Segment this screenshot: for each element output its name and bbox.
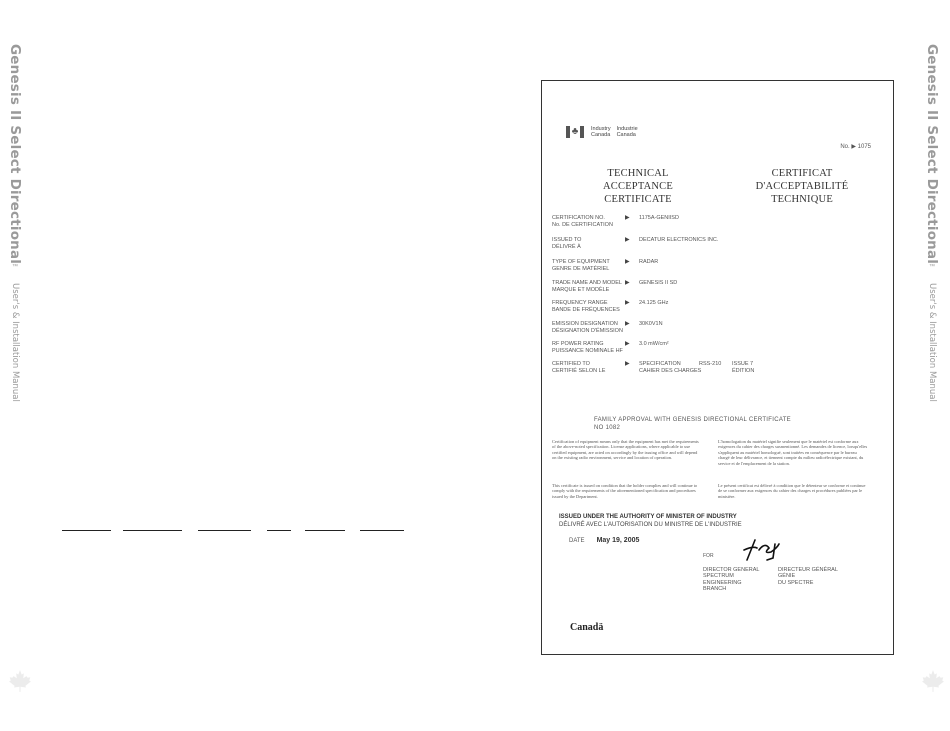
manual-subtitle: User's & Installation Manual (927, 283, 937, 402)
signer-title-fr: DIRECTEUR GÉNÉRALGÉNIEDU SPECTRE (778, 567, 838, 586)
issue-date: DATEMay 19, 2005 (569, 537, 639, 544)
technical-acceptance-certificate: ♣ IndustryCanada IndustrieCanada No. ▶ 1… (541, 80, 894, 655)
issued-authority: ISSUED UNDER THE AUTHORITY OF MINISTER O… (559, 513, 742, 529)
trademark: ™ (929, 264, 935, 270)
family-approval: FAMILY APPROVAL WITH GENESIS DIRECTIONAL… (594, 416, 791, 432)
trademark: ™ (12, 264, 18, 270)
manual-title-right: Genesis II Select Directional™ User's & … (923, 44, 941, 401)
title-en: TECHNICAL ACCEPTANCECERTIFICATE (578, 167, 698, 206)
conditions-en-2: This certificate is issued on condition … (552, 483, 702, 499)
form-blank (305, 530, 345, 531)
canada-wordmark: Canadä (570, 622, 603, 633)
title-fr: CERTIFICAT D'ACCEPTABILITÉTECHNIQUE (727, 167, 877, 206)
industry-canada-logo: ♣ IndustryCanada IndustrieCanada (566, 126, 638, 138)
form-blank (62, 530, 111, 531)
signature (741, 536, 785, 562)
form-blank (360, 530, 404, 531)
form-blank (267, 530, 291, 531)
signer-title-en: DIRECTOR GENERALSPECTRUMENGINEERINGBRANC… (703, 567, 759, 592)
conditions-fr-1: L'homologation du matériel signifie seul… (718, 439, 868, 466)
conditions-en-1: Certification of equipment means only th… (552, 439, 702, 461)
manual-title-left: Genesis II Select Directional™ User's & … (6, 44, 24, 401)
certificate-number: No. ▶ 1075 (840, 143, 871, 150)
conditions-fr-2: Le présent certificat est délivré à cond… (718, 483, 868, 499)
maple-leaf-icon (920, 668, 946, 694)
form-blank (198, 530, 251, 531)
canada-flag-icon: ♣ (566, 126, 584, 138)
for-label: FOR (703, 553, 714, 559)
logo-fr: IndustrieCanada (617, 126, 638, 138)
logo-en: IndustryCanada (591, 126, 611, 138)
form-blank (123, 530, 182, 531)
manual-title: Genesis II Select Directional (924, 44, 940, 264)
maple-leaf-icon (7, 668, 33, 694)
manual-subtitle: User's & Installation Manual (10, 283, 20, 402)
manual-title: Genesis II Select Directional (7, 44, 23, 264)
